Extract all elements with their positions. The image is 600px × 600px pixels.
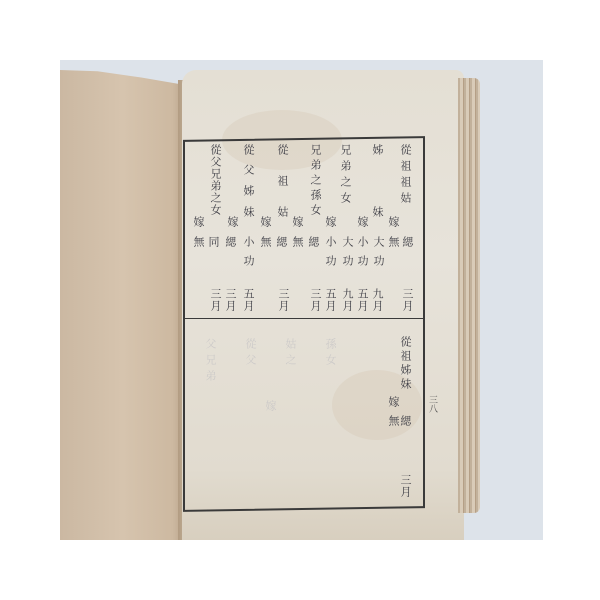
grade-cell: 無 [192,236,204,252]
show-through-text: 姑之 [284,338,296,370]
heading-cong: 從 [276,144,288,160]
left-page [60,70,185,540]
grade-cell: 大 [372,236,384,252]
heading-xiong-di-zhi-nu: 兄弟之女 [339,144,351,208]
married-label: 嫁 [291,216,303,232]
heading-cong-fu-xiong-di-zhi-nu: 從父兄弟之女 [209,144,221,216]
show-through-text: 嫁 [264,400,276,416]
grade-cell: 緦 [307,236,319,252]
period-cell: 三月 [277,288,289,312]
heading-gu: 姑 [276,206,288,222]
heading-zu: 祖 [276,175,288,191]
married-label: 嫁 [259,216,271,232]
period-cell: 三月 [401,288,413,312]
period-cell: 九月 [341,288,353,312]
heading-cong2: 從 [242,144,254,160]
grade-cell: 大 [341,236,353,252]
married-label: 嫁 [226,216,238,232]
grade-cell: 小 [324,236,336,252]
lower-married-grade: 無 [387,415,399,431]
married-label: 嫁 [356,216,368,232]
grade-cell: 無 [291,236,303,252]
grade-cell: 無 [387,236,399,252]
heading-cong-zu-zu-gu: 從祖祖姑 [399,144,411,208]
heading-zi2: 姊 [242,185,254,201]
married-label: 嫁 [387,216,399,232]
grade-cell: 緦 [275,236,287,252]
period-cell: 三月 [309,288,321,312]
married-label: 嫁 [192,216,204,232]
period-cell: 五月 [356,288,368,312]
heading-fu: 父 [242,164,254,180]
book-photo: 從祖祖姑 姊 妹 兄弟之女 兄弟之孫女 從 祖 姑 從 父 姊 妹 從父兄弟之女… [60,60,543,540]
grade-cell: 小 [242,236,254,252]
lower-grade: 緦 [399,415,411,431]
grade-cell-gong: 功 [356,255,368,271]
grade-cell: 小 [356,236,368,252]
page-edges [458,78,480,513]
heading-mei: 妹 [371,206,383,222]
show-through-text: 父兄弟 [204,338,216,386]
period-cell: 三月 [224,288,236,312]
heading-xiong-di-zhi-sun-nu: 兄弟之孫女 [309,144,321,219]
grade-cell: 緦 [401,236,413,252]
grade-cell: 無 [259,236,271,252]
lower-heading: 從祖姊妹 [399,336,411,392]
grade-cell-gong: 功 [242,255,254,271]
grade-cell: 同 [207,236,219,252]
grade-cell: 緦 [224,236,236,252]
period-cell: 三月 [209,288,221,312]
heading-mei2: 妹 [242,206,254,222]
grade-cell-gong: 功 [372,255,384,271]
married-label: 嫁 [324,216,336,232]
period-cell: 五月 [242,288,254,312]
grade-cell-gong: 功 [324,255,336,271]
page-number: 三八 [426,395,439,413]
lower-period: 三月 [399,474,411,498]
heading-zi: 姊 [371,144,383,160]
period-cell: 九月 [371,288,383,312]
period-cell: 五月 [324,288,336,312]
show-through-text: 從父 [244,338,256,370]
section-divider [185,318,425,319]
lower-married-label: 嫁 [387,396,399,412]
show-through-text: 孫女 [324,338,336,370]
grade-cell-gong: 功 [341,255,353,271]
